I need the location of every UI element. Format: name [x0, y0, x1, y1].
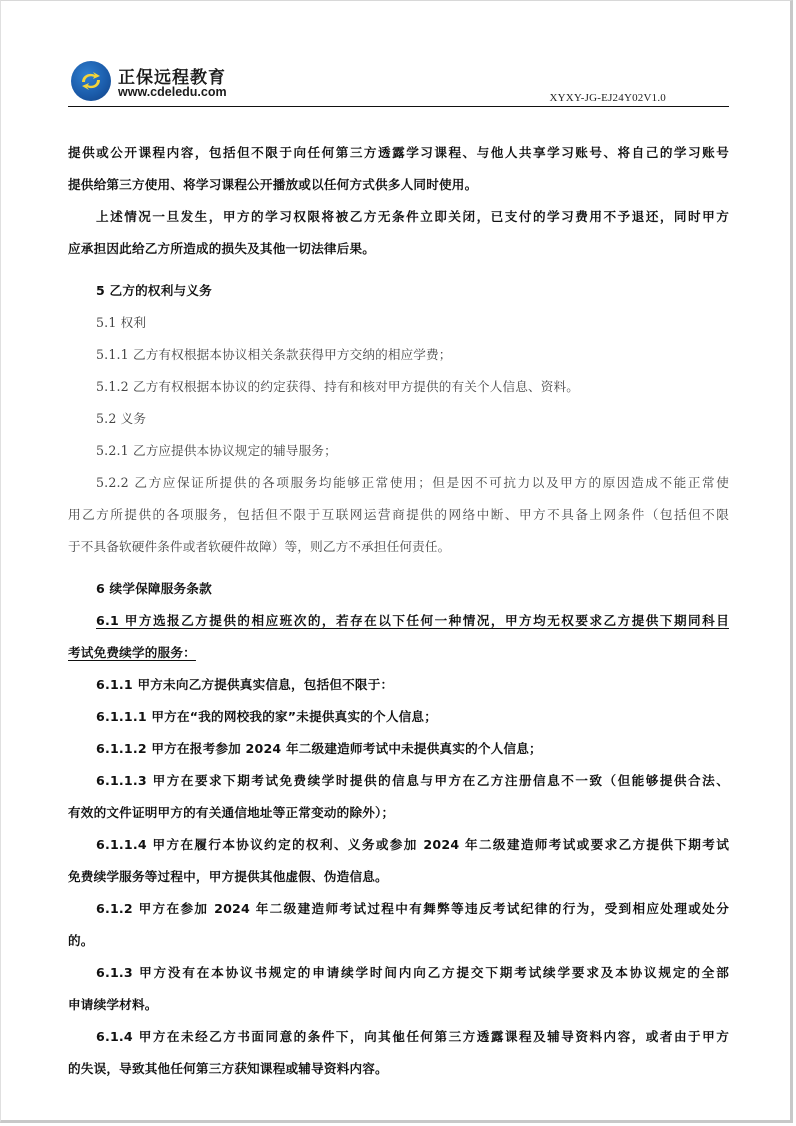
cdel-logo-icon — [71, 61, 111, 101]
subsection-heading-5-2: 5.2 义务 — [68, 409, 729, 429]
clause-6-1-1-4: 6.1.1.4 甲方在履行本协议约定的权利、义务或参加 2024 年二级建造师考… — [68, 835, 729, 855]
brand-url: www.cdeledu.com — [118, 85, 227, 99]
subsection-heading-5-1: 5.1 权利 — [68, 313, 729, 333]
clause-6-1-1: 6.1.1 甲方未向乙方提供真实信息，包括但不限于： — [68, 675, 729, 695]
paragraph-line: 提供或公开课程内容，包括但不限于向任何第三方透露学习课程、与他人共享学习账号、将… — [68, 143, 729, 163]
clause-5-2-2: 5.2.2 乙方应保证所提供的各项服务均能够正常使用；但是因不可抗力以及甲方的原… — [68, 473, 729, 493]
clause-6-1-1-1: 6.1.1.1 甲方在“我的网校我的家”未提供真实的个人信息； — [68, 707, 729, 727]
paragraph-line: 应承担因此给乙方所造成的损失及其他一切法律后果。 — [68, 239, 729, 259]
clause-6-1-1-3: 6.1.1.3 甲方在要求下期考试免费续学时提供的信息与甲方在乙方注册信息不一致… — [68, 771, 729, 791]
paragraph-line: 申请续学材料。 — [68, 995, 729, 1015]
section-heading-6: 6 续学保障服务条款 — [68, 579, 729, 599]
paragraph-line: 的。 — [68, 931, 729, 951]
paragraph-line: 免费续学服务等过程中，甲方提供其他虚假、伪造信息。 — [68, 867, 729, 887]
paragraph-line: 提供给第三方使用、将学习课程公开播放或以任何方式供多人同时使用。 — [68, 175, 729, 195]
paragraph-line: 用乙方所提供的各项服务，包括但不限于互联网运营商提供的网络中断、甲方不具备上网条… — [68, 505, 729, 525]
swirl-icon — [80, 71, 102, 91]
clause-6-1: 6.1 甲方选报乙方提供的相应班次的，若存在以下任何一种情况，甲方均无权要求乙方… — [68, 611, 729, 631]
paragraph-line: 有效的文件证明甲方的有关通信地址等正常变动的除外）； — [68, 803, 729, 823]
clause-5-1-2: 5.1.2 乙方有权根据本协议的约定获得、持有和核对甲方提供的有关个人信息、资料… — [68, 377, 729, 397]
clause-5-2-1: 5.2.1 乙方应提供本协议规定的辅导服务； — [68, 441, 729, 461]
clause-5-1-1: 5.1.1 乙方有权根据本协议相关条款获得甲方交纳的相应学费； — [68, 345, 729, 365]
clause-6-1-3: 6.1.3 甲方没有在本协议书规定的申请续学时间内向乙方提交下期考试续学要求及本… — [68, 963, 729, 983]
section-heading-5: 5 乙方的权利与义务 — [68, 281, 729, 301]
header-divider — [68, 106, 729, 107]
paragraph-line: 上述情况一旦发生，甲方的学习权限将被乙方无条件立即关闭，已支付的学习费用不予退还… — [68, 207, 729, 227]
clause-6-1-2: 6.1.2 甲方在参加 2024 年二级建造师考试过程中有舞弊等违反考试纪律的行… — [68, 899, 729, 919]
clause-6-1-1-2: 6.1.1.2 甲方在报考参加 2024 年二级建造师考试中未提供真实的个人信息… — [68, 739, 729, 759]
document-code: XYXY-JG-EJ24Y02V1.0 — [549, 92, 666, 104]
document-page: 正保远程教育 www.cdeledu.com XYXY-JG-EJ24Y02V1… — [0, 0, 793, 1123]
paragraph-line: 于不具备软硬件条件或者软硬件故障）等，则乙方不承担任何责任。 — [68, 537, 729, 557]
page-number: 3 — [394, 1031, 400, 1046]
page-header: 正保远程教育 www.cdeledu.com XYXY-JG-EJ24Y02V1… — [68, 59, 729, 107]
paragraph-line: 的失误，导致其他任何第三方获知课程或辅导资料内容。 — [68, 1059, 729, 1079]
paragraph-line: 考试免费续学的服务： — [68, 643, 729, 663]
